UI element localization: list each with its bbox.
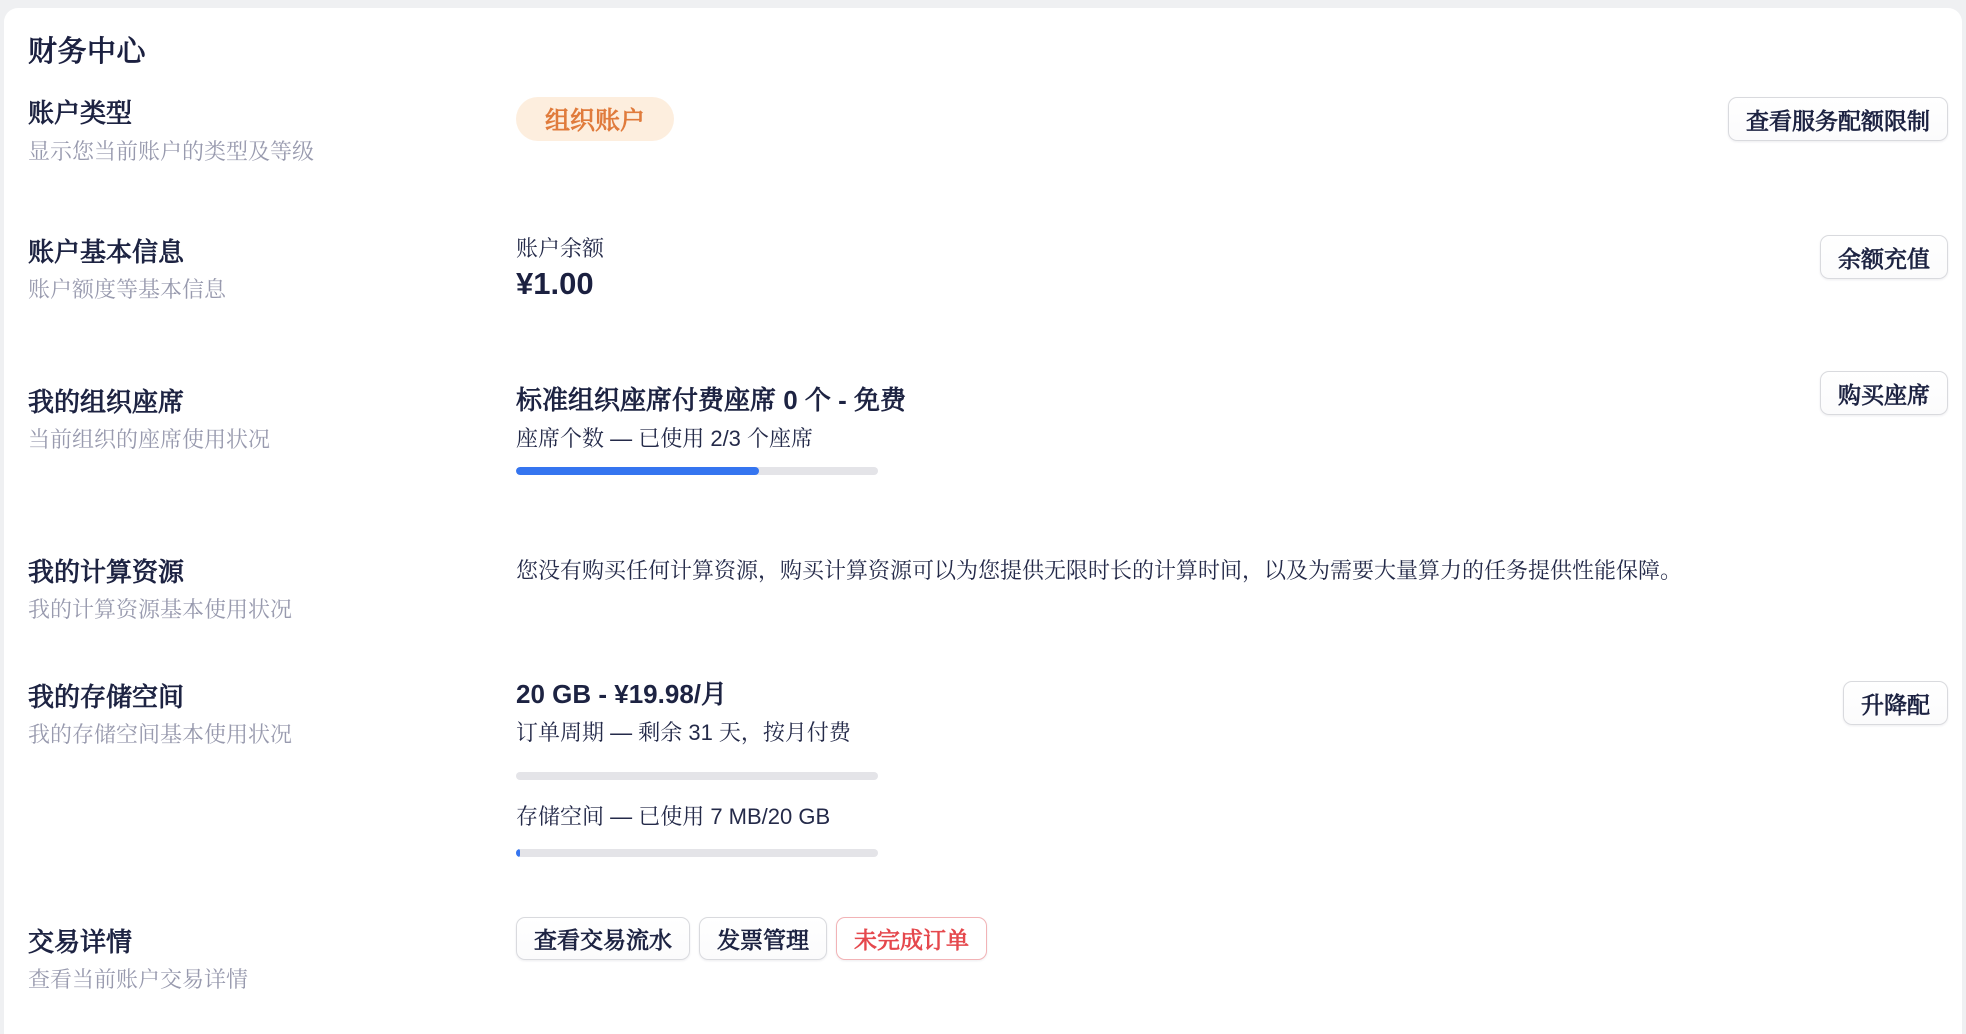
pending-orders-button[interactable]: 未完成订单: [836, 917, 987, 960]
account-type-badge-wrap: 组织账户: [516, 97, 674, 141]
section-title-storage: 我的存储空间: [28, 682, 184, 712]
storage-plan-text: 20 GB - ¥19.98/月: [516, 679, 727, 709]
section-subtitle-account-info: 账户额度等基本信息: [28, 277, 226, 303]
storage-cycle-progress-bar: [516, 772, 878, 780]
invoice-management-button[interactable]: 发票管理: [699, 917, 827, 960]
storage-usage-text: 存储空间 — 已使用 7 MB/20 GB: [516, 803, 830, 830]
org-account-badge: 组织账户: [516, 97, 674, 141]
section-subtitle-account-type: 显示您当前账户的类型及等级: [28, 139, 314, 165]
balance-label: 账户余额: [516, 236, 604, 262]
page-title: 财务中心: [28, 34, 146, 70]
seats-usage-text: 座席个数 — 已使用 2/3 个座席: [516, 425, 813, 452]
section-title-compute: 我的计算资源: [28, 557, 184, 587]
view-quota-limits-button[interactable]: 查看服务配额限制: [1728, 97, 1948, 141]
section-subtitle-seats: 当前组织的座席使用状况: [28, 427, 270, 453]
section-title-account-type: 账户类型: [28, 98, 132, 128]
section-title-account-info: 账户基本信息: [28, 237, 184, 267]
recharge-button[interactable]: 余额充值: [1820, 235, 1948, 279]
view-transaction-flow-button[interactable]: 查看交易流水: [516, 917, 690, 960]
finance-center-card: 财务中心 账户类型 显示您当前账户的类型及等级 组织账户 查看服务配额限制 账户…: [4, 8, 1962, 1034]
balance-value: ¥1.00: [516, 266, 594, 302]
section-subtitle-storage: 我的存储空间基本使用状况: [28, 722, 292, 748]
section-title-seats: 我的组织座席: [28, 387, 184, 417]
compute-message: 您没有购买任何计算资源，购买计算资源可以为您提供无限时长的计算时间，以及为需要大…: [516, 557, 1682, 584]
transactions-button-row: 查看交易流水 发票管理 未完成订单: [516, 917, 987, 960]
seats-progress-bar: [516, 467, 878, 475]
section-title-transactions: 交易详情: [28, 927, 132, 957]
seats-progress-fill: [516, 467, 759, 475]
section-subtitle-transactions: 查看当前账户交易详情: [28, 967, 248, 993]
section-subtitle-compute: 我的计算资源基本使用状况: [28, 597, 292, 623]
storage-usage-progress-fill: [516, 849, 520, 857]
upgrade-downgrade-button[interactable]: 升降配: [1843, 681, 1948, 725]
storage-cycle-text: 订单周期 — 剩余 31 天，按月付费: [516, 719, 851, 746]
storage-usage-progress-bar: [516, 849, 878, 857]
buy-seats-button[interactable]: 购买座席: [1820, 371, 1948, 415]
seats-plan-text: 标准组织座席付费座席 0 个 - 免费: [516, 385, 906, 415]
